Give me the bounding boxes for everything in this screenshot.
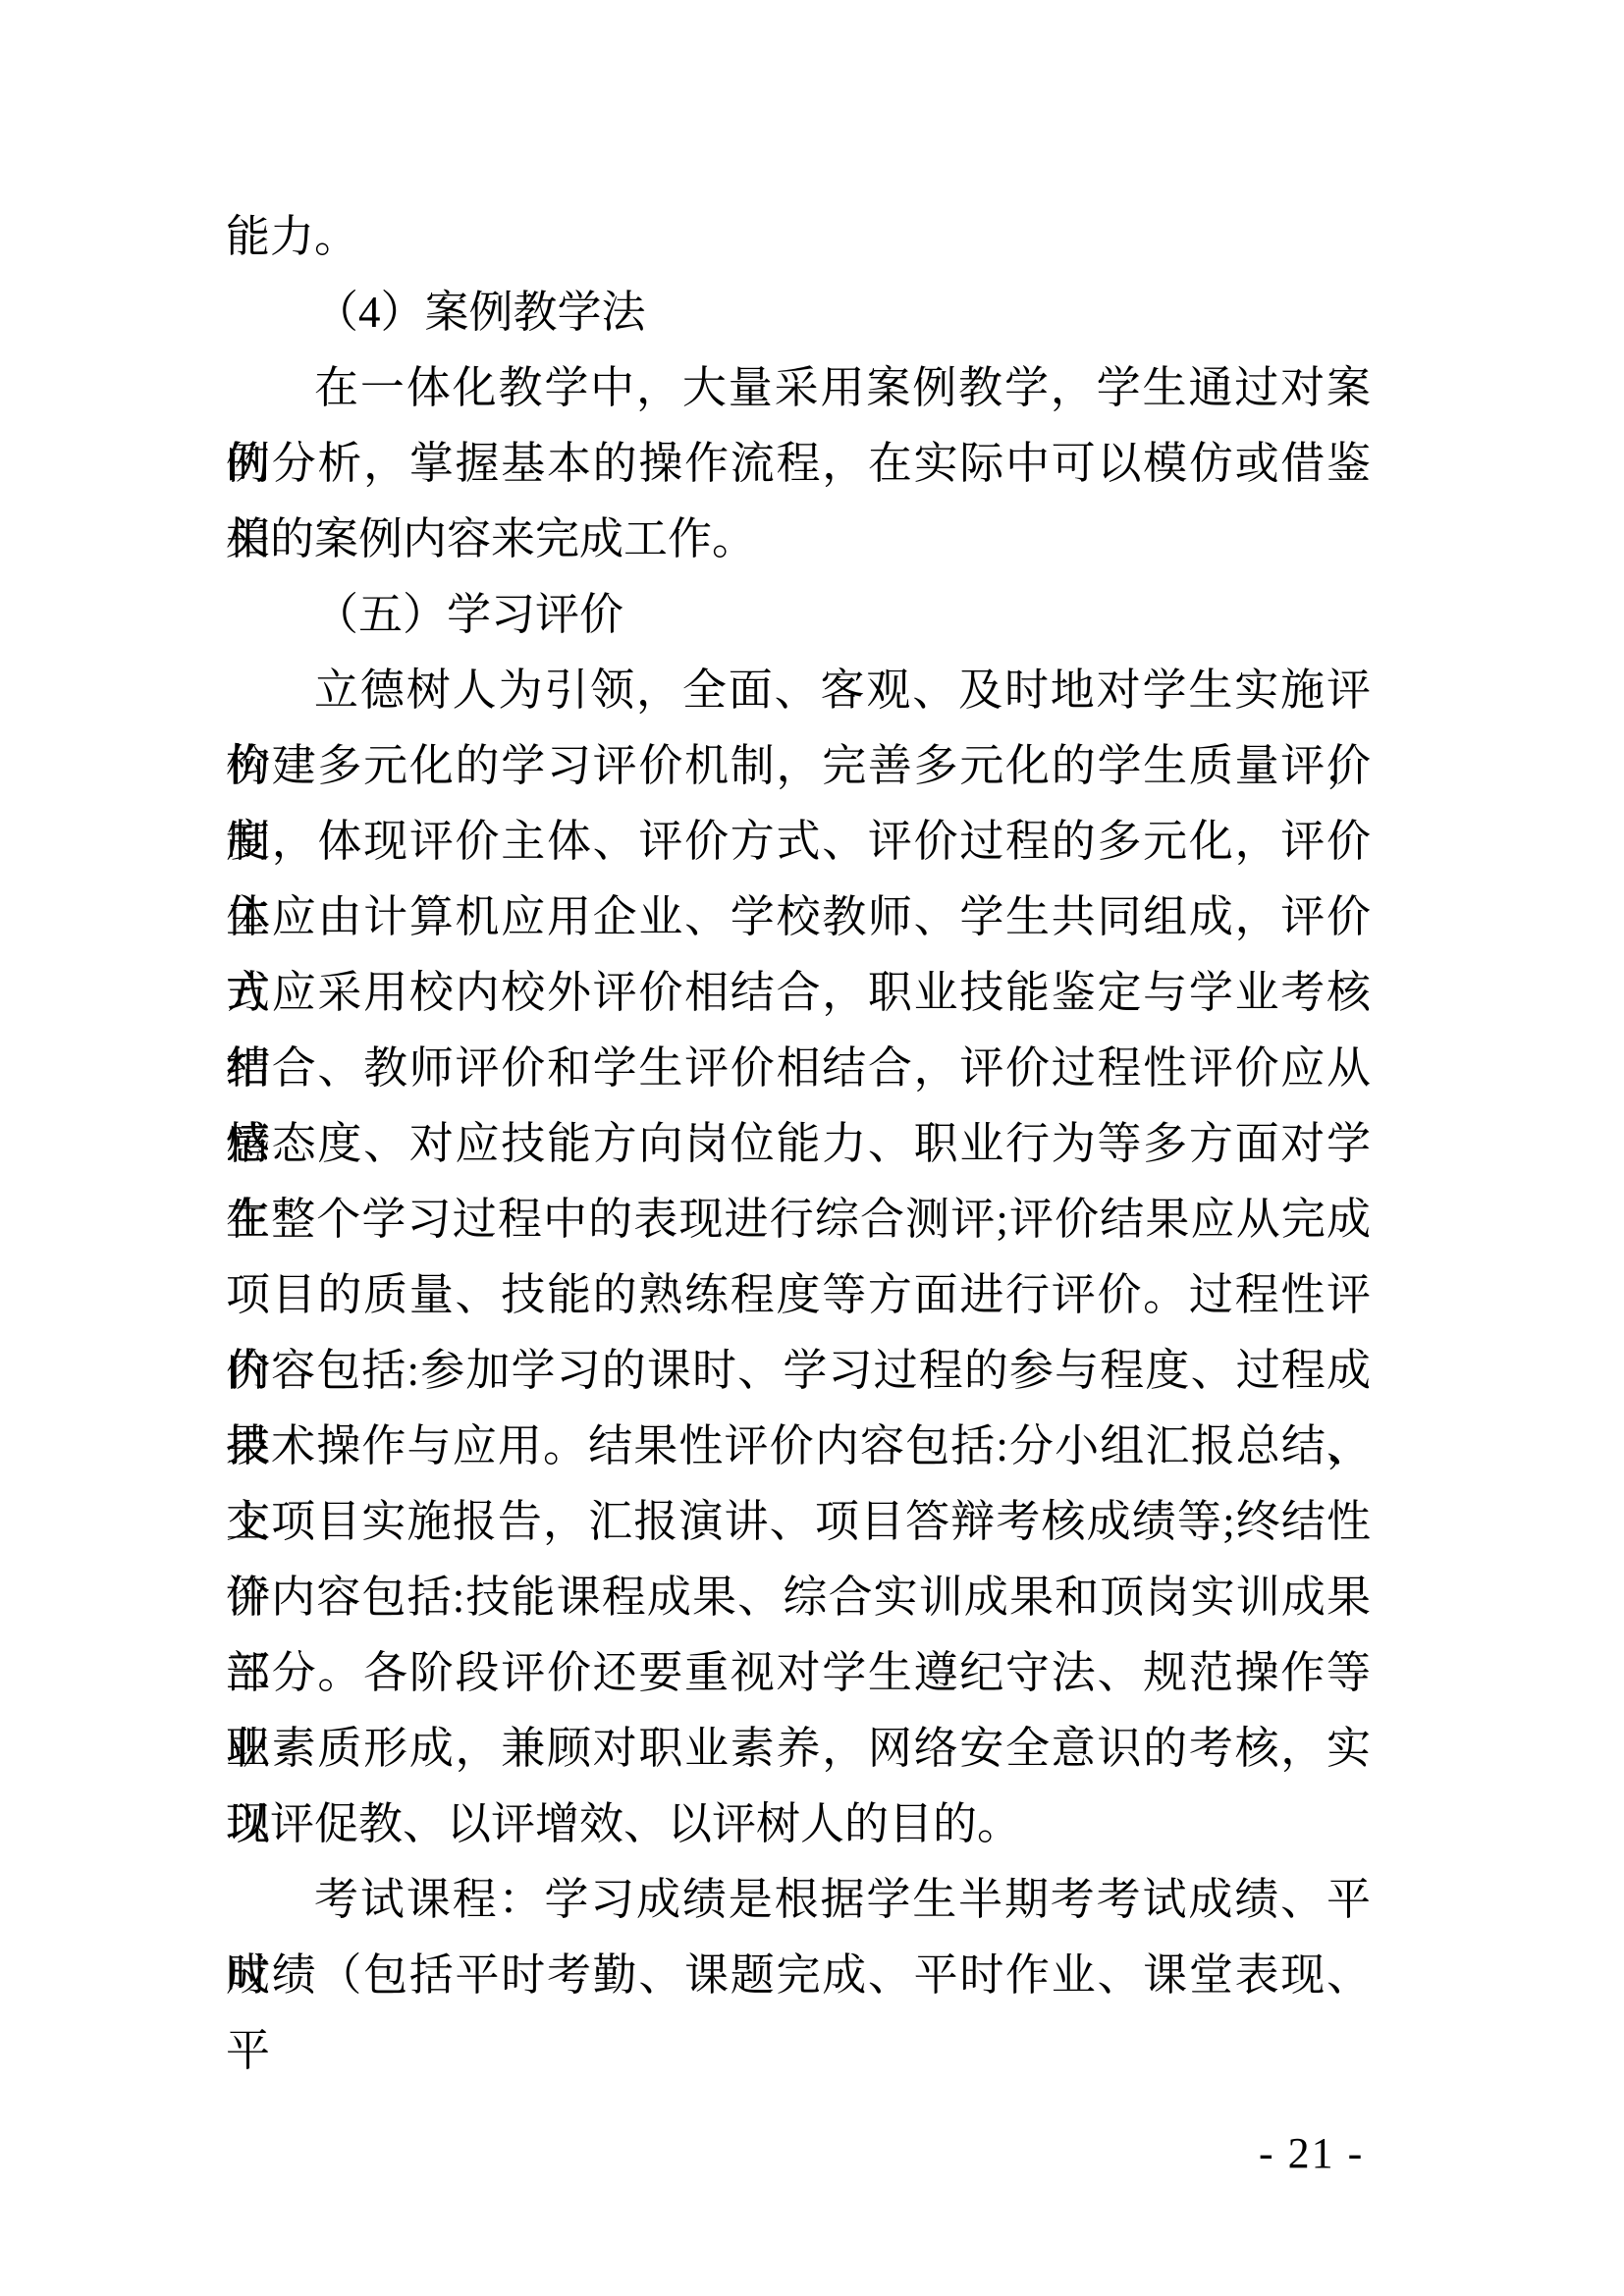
text-line: （五）学习评价 — [226, 577, 1371, 653]
text-line: 在一体化教学中，大量采用案例教学，学生通过对案例 — [226, 350, 1371, 426]
text-line: 价内容包括:技能课程成果、综合实训成果和顶岗实训成果三 — [226, 1560, 1371, 1635]
text-line: 的分析，掌握基本的操作流程，在实际中可以模仿或借鉴相 — [226, 426, 1371, 502]
text-line: 内容包括:参加学习的课时、学习过程的参与程度、过程成果、 — [226, 1333, 1371, 1409]
text-line: 以评促教、以评增效、以评树人的目的。 — [226, 1787, 1371, 1862]
text-line: 结合、教师评价和学生评价相结合，评价过程性评价应从感 — [226, 1031, 1371, 1106]
text-line: 度，体现评价主体、评价方式、评价过程的多元化，评价主 — [226, 804, 1371, 880]
text-line: 能力。 — [226, 199, 1371, 275]
text-line: 技术操作与应用。结果性评价内容包括:分小组汇报总结，上 — [226, 1409, 1371, 1484]
text-line: 立德树人为引领，全面、客观、及时地对学生实施评价， — [226, 653, 1371, 728]
text-line: 情态度、对应技能方向岗位能力、职业行为等多方面对学生 — [226, 1106, 1371, 1182]
text-line: 交项目实施报告，汇报演讲、项目答辩考核成绩等;终结性评 — [226, 1484, 1371, 1560]
document-page: 能力。（4）案例教学法在一体化教学中，大量采用案例教学，学生通过对案例的分析，掌… — [0, 0, 1624, 2296]
text-line: 关的案例内容来完成工作。 — [226, 502, 1371, 577]
text-line: 体应由计算机应用企业、学校教师、学生共同组成，评价方 — [226, 880, 1371, 955]
text-line: 成绩（包括平时考勤、课题完成、平时作业、课堂表现、平 — [226, 1938, 1371, 2013]
text-line: 项目的质量、技能的熟练程度等方面进行评价。过程性评价 — [226, 1257, 1371, 1333]
text-line: （4）案例教学法 — [226, 275, 1371, 350]
text-line: 业素质形成，兼顾对职业素养，网络安全意识的考核，实现 — [226, 1711, 1371, 1787]
text-line: 部分。各阶段评价还要重视对学生遵纪守法、规范操作等职 — [226, 1635, 1371, 1711]
page-number: - 21 - — [1259, 2132, 1364, 2175]
text-block: 能力。（4）案例教学法在一体化教学中，大量采用案例教学，学生通过对案例的分析，掌… — [226, 199, 1371, 2013]
text-line: 在整个学习过程中的表现进行综合测评;评价结果应从完成 — [226, 1182, 1371, 1257]
text-line: 式应采用校内校外评价相结合，职业技能鉴定与学业考核相 — [226, 955, 1371, 1031]
text-line: 构建多元化的学习评价机制，完善多元化的学生质量评价制 — [226, 728, 1371, 804]
text-line: 考试课程：学习成绩是根据学生半期考考试成绩、平时 — [226, 1862, 1371, 1938]
